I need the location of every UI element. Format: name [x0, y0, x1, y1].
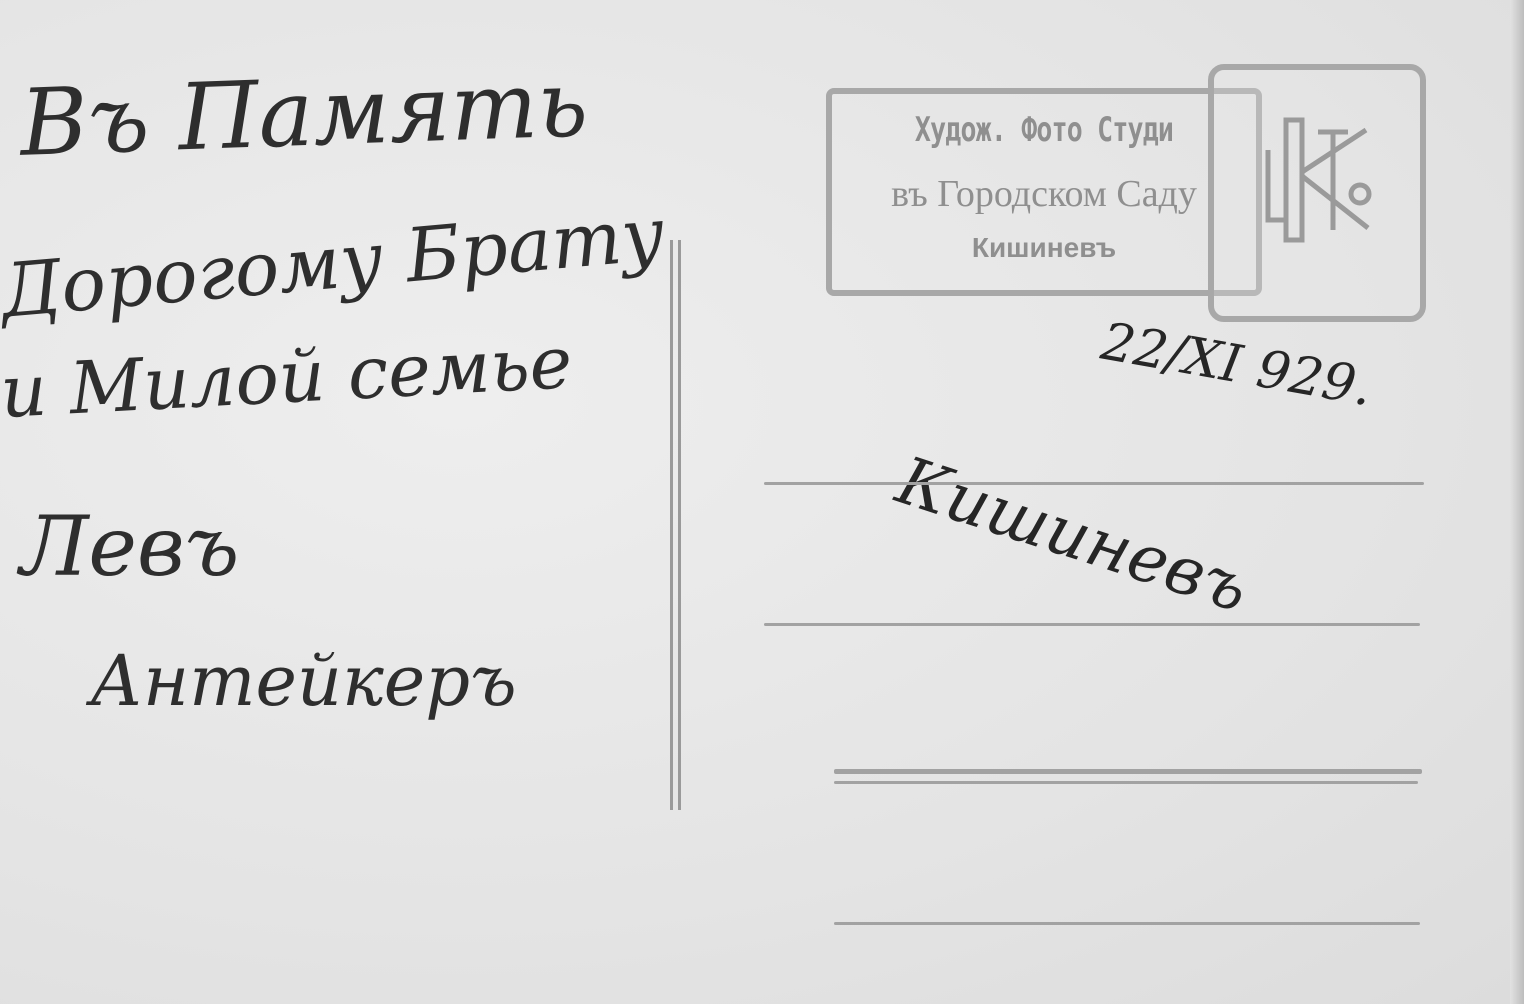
address-rule-2 — [764, 623, 1420, 626]
stamp-line-1: Худож. Фото Студи — [874, 110, 1214, 150]
address-rule-1 — [764, 482, 1424, 485]
message-line-3: и Милой семье — [0, 320, 574, 434]
message-line-2: Дорогому Брату — [0, 191, 668, 335]
message-signature-first-name: Левъ — [20, 500, 239, 595]
stamp-line-2: въ Городском Саду — [826, 172, 1262, 216]
address-rule-4 — [834, 781, 1418, 784]
address-rule-3 — [834, 769, 1422, 774]
studio-monogram-icon — [1248, 110, 1398, 250]
date-text: 22/XI 929. — [1097, 312, 1377, 419]
center-divider — [668, 240, 684, 810]
address-rule-5 — [834, 922, 1420, 925]
message-line-1: Въ Память — [18, 50, 589, 177]
place-text: Кишиневъ — [888, 442, 1258, 628]
message-signature-surname: Антейкеръ — [90, 640, 517, 722]
stamp-line-3: Кишиневъ — [826, 232, 1262, 264]
postcard-back: Въ Память Дорогому Брату и Милой семье Л… — [0, 0, 1524, 1004]
card-edge — [1510, 0, 1524, 1004]
